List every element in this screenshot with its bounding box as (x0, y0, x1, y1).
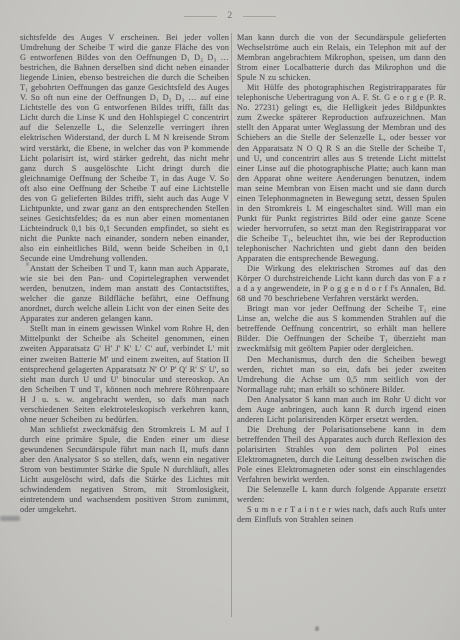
header-rule-right (243, 16, 276, 17)
paragraph-right-1: Man kann durch die von der Secundärspule… (237, 33, 446, 83)
left-column: sichtsfelde des Auges V erscheinen. Bei … (20, 33, 229, 515)
paragraph-right-4: Bringt man vor jeder Oeffnung der Scheib… (237, 304, 446, 354)
paragraph-right-5: Den Mechanismus, durch den die Scheiben … (237, 355, 446, 395)
page-header: 2 (0, 11, 460, 21)
printers-mark (315, 626, 319, 631)
paragraph-right-2: Mit Hülfe des photographischen Registrir… (237, 83, 446, 264)
paragraph-left-4: Man schliefst zweckmäfsig den Stromkreis… (20, 425, 229, 515)
paragraph-left-2: Anstatt der Scheiben T und T₁ kann man a… (20, 264, 229, 324)
scanned-page: 2 sichtsfelde des Auges V erscheinen. Be… (0, 0, 460, 640)
paragraph-right-9: S u m n e r T a i n t e r wies nach, daf… (237, 505, 446, 525)
scan-speck (26, 262, 29, 266)
header-rule-left (184, 16, 217, 17)
paragraph-right-8: Die Selenzelle L kann durch folgende App… (237, 485, 446, 505)
column-divider (231, 33, 232, 617)
paragraph-left-1: sichtsfelde des Auges V erscheinen. Bei … (20, 33, 229, 264)
page-number: 2 (227, 11, 232, 21)
paragraph-right-3: Die Wirkung des elektrischen Stromes auf… (237, 264, 446, 304)
paragraph-right-7: Die Drehung der Polarisationsebene kann … (237, 425, 446, 485)
paragraph-right-6: Den Analysator S kann man auch im Rohr U… (237, 395, 446, 425)
scan-smudge (0, 516, 20, 521)
paragraph-left-3: Stellt man in einem gewissen Winkel vom … (20, 324, 229, 424)
right-column: Man kann durch die von der Secundärspule… (237, 33, 446, 525)
